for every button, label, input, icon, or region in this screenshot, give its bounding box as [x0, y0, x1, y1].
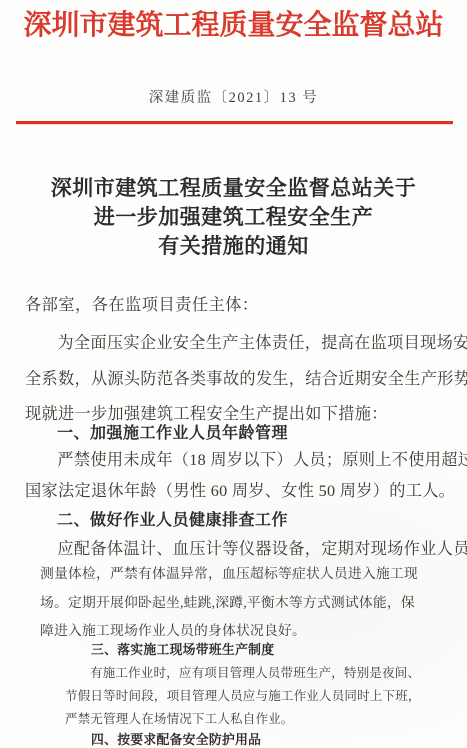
section-3-body: 有施工作业时，应有项目管理人员带班生产，特别是夜间、节假日等时间段，项目管理人员…	[65, 662, 425, 731]
section-4-heading: 四、按要求配备安全防护用品	[91, 729, 261, 748]
section-3-heading: 三、落实施工现场带班生产制度	[91, 639, 274, 658]
intro-paragraph: 为全面压实企业安全生产主体责任，提高在监项目现场安全系数，从源头防范各类事故的发…	[25, 326, 460, 433]
section-2-body: 应配备体温计、血压计等仪器设备，定期对现场作业人员	[25, 535, 460, 559]
document-page: 深圳市建筑工程质量安全监督总站 深建质监〔2021〕13 号 深圳市建筑工程质量…	[0, 0, 467, 748]
red-divider-line	[16, 121, 453, 124]
document-number: 深建质监〔2021〕13 号	[0, 86, 467, 107]
document-title: 深圳市建筑工程质量安全监督总站关于进一步加强建筑工程安全生产有关措施的通知	[0, 174, 467, 261]
section-1-body: 严禁使用未成年（18 周岁以下）人员；原则上不使用超过国家法定退休年龄（男性 6…	[25, 445, 460, 507]
letterhead-org-name: 深圳市建筑工程质量安全监督总站	[0, 3, 467, 43]
section-2-body-continued: 测量体检，严禁有体温异常，血压超标等症状人员进入施工现场。定期开展仰卧起坐,蛙跳…	[40, 560, 440, 646]
section-1-heading: 一、加强施工作业人员年龄管理	[57, 420, 288, 443]
section-2-heading: 二、做好作业人员健康排查工作	[57, 507, 288, 530]
salutation-line: 各部室，各在监项目责任主体：	[25, 291, 259, 315]
